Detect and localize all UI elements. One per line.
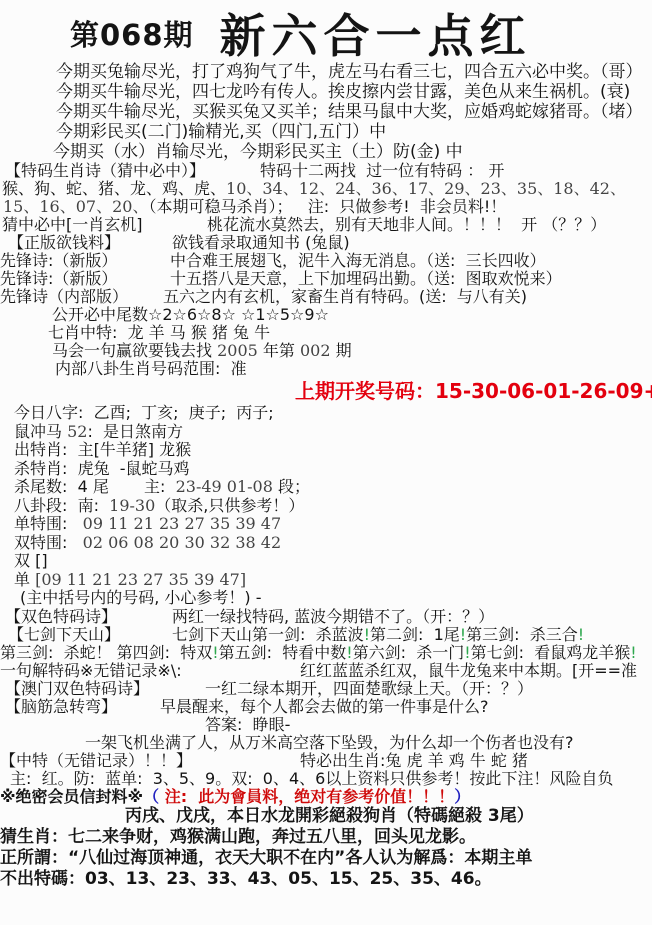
clash-line: 鼠冲马 52: 是日煞南方 bbox=[0, 423, 652, 442]
proverb-line: 正所謂：“八仙过海顶神通，衣天大职不在内”各人认为解爲：本期主单 bbox=[0, 848, 652, 869]
poem-line-3: 今期买牛输尽光，买猴买兔又买羊；结果马鼠中大奖，应婚鸡蛇嫁猪哥。（堵） bbox=[0, 102, 652, 122]
bagua-segment: 八卦段: 南: 19-30（取杀,只供参考！） bbox=[0, 497, 652, 516]
kill-zodiac: 杀特肖: 虎兔 -鼠蛇马鸡 bbox=[0, 460, 652, 479]
section-label: 先锋诗:（新版） bbox=[0, 270, 170, 288]
odd-bracket: 单 [09 11 21 23 27 35 39 47] bbox=[0, 571, 652, 590]
tail-numbers: 公开必中尾数☆2☆6☆8☆ ☆1☆5☆9☆ bbox=[0, 306, 652, 324]
section-label: 一句解特码※无错记录※\: bbox=[0, 662, 300, 680]
one-sentence-solve: 一句解特码※无错记录※\:红红蓝蓝杀红双，鼠牛龙兔来中本期。[开==准 bbox=[0, 662, 652, 680]
row-label: 杀尾数: 4 尾 bbox=[14, 478, 144, 497]
section-label: 【双色特码诗】 bbox=[5, 608, 172, 626]
two-color-poem: 【双色特码诗】两红一绿找特码, 蓝波今期错不了。（开：？） bbox=[0, 608, 652, 626]
opening-poems: 今期买兔输尽光，打了鸡狗气了牛，虎左马右看三七，四合五六必中奖。（哥） 今期买牛… bbox=[0, 62, 652, 162]
vanguard-poem-1: 先锋诗:（新版）中合难王展翅飞，泥牛入海无消息。（送: 三长四收） bbox=[0, 252, 652, 270]
poem-line-5: 今期买（水）肖输尽光，今期彩民买主（土）防(金) 中 bbox=[0, 142, 652, 162]
kill-tail: 杀尾数: 4 尾主: 23-49 01-08 段； bbox=[0, 478, 652, 497]
zodiac-number-list-2: 15、16、07、20、（本期可稳马杀肖）； 注: 只做参考! 非会员料!！ bbox=[0, 198, 652, 216]
page-title: 新六合一点红 bbox=[220, 0, 532, 66]
main-guard-line: 主: 红。防: 蓝单: 3、5、9。双: 0、4、6以上资料只供参考！按此下注！… bbox=[0, 770, 652, 788]
section-label: 【七剑下天山】 bbox=[8, 626, 172, 644]
section-label: 【脑筋急转弯】 bbox=[5, 698, 160, 716]
even-bracket: 双 [] bbox=[0, 552, 652, 571]
brain-teaser: 【脑筋急转弯】早晨醒来，每个人都会去做的第一件事是什么? bbox=[0, 698, 652, 716]
section-label: 猜中必中[一肖玄机] bbox=[2, 216, 207, 234]
one-zodiac-mystery: 猜中必中[一肖玄机]桃花流水莫然去，别有天地非人间。！！！ 开 （？？） bbox=[0, 216, 652, 234]
vanguard-poem-2: 先锋诗:（新版）十五搭八是天意，上下加埋码出勤。（送: 图取欢悦来） bbox=[0, 270, 652, 288]
section-label: 先锋诗（内部版） bbox=[0, 288, 163, 306]
poem-line-4: 今期彩民买(二门)输精光,买（四门,五门）中 bbox=[0, 122, 652, 142]
money-tip: 【正版欲钱料】欲钱看录取通知书 (兔鼠) bbox=[0, 234, 652, 252]
member-note: ※绝密会员信封料※（ 注: 此为會員料，绝对有参考价值！！！） bbox=[0, 788, 652, 806]
poem-line-2: 今期买牛输尽光，四七龙吟有传人。挨皮擦内尝甘露，美色从来生祸机。(衰) bbox=[0, 82, 652, 102]
section-label: 先锋诗:（新版） bbox=[0, 252, 170, 270]
zodiac-number-list-1: 猴、狗、蛇、猪、龙、鸡、虎、10、34、12、24、36、17、29、23、35… bbox=[0, 180, 652, 198]
seven-swords-1: 【七剑下天山】七剑下天山第一剑: 杀蓝波!第二剑: 1尾!第三剑: 杀三合! bbox=[0, 626, 652, 644]
issue-number: 第068期 bbox=[70, 13, 194, 54]
sheet-header: 第068期 新六合一点红 bbox=[0, 0, 652, 62]
guess-zodiac-line: 猜生肖：七二来争财，鸡猴满山跑，奔过五八里，回头见龙影。 bbox=[0, 827, 652, 848]
vanguard-poem-3: 先锋诗（内部版）五六之内有玄机，家畜生肖有特码。(送: 与八有关) bbox=[0, 288, 652, 306]
macau-poem: 【澳门双色特码诗】一红二绿本期开，四面楚歌绿上天。（开：？） bbox=[0, 680, 652, 698]
lower-section: 【双色特码诗】两红一绿找特码, 蓝波今期错不了。（开：？） 【七剑下天山】七剑下… bbox=[0, 608, 652, 806]
hit-special: 【中特（无错记录）！！】特必出生肖:兔 虎 羊 鸡 牛 蛇 猪 bbox=[0, 752, 652, 770]
kill-dog-line: 丙戌、戊戌，本日水龙開彩絕殺狗肖（特碼絕殺 3尾） bbox=[0, 806, 652, 827]
out-zodiac: 出特肖: 主[牛羊猪] 龙猴 bbox=[0, 441, 652, 460]
even-special-range: 双特围: 02 06 08 20 30 32 38 42 bbox=[0, 534, 652, 553]
excluded-numbers-line: 不出特碼：03、13、23、33、43、05、15、25、35、46。 bbox=[0, 869, 652, 890]
bottom-section: 丙戌、戊戌，本日水龙開彩絕殺狗肖（特碼絕殺 3尾） 猜生肖：七二来争财，鸡猴满山… bbox=[0, 806, 652, 890]
zodiac-poem-header: 【特码生肖诗（猜中必中）】特码十二两找 过一位有特码 ： 开 bbox=[0, 162, 652, 180]
horse-club-hint: 马会一句赢欲要钱去找 2005 年第 002 期 bbox=[0, 342, 652, 360]
mid-section: 【特码生肖诗（猜中必中）】特码十二两找 过一位有特码 ： 开 猴、狗、蛇、猪、龙… bbox=[0, 162, 652, 378]
last-draw-numbers: 上期开奖号码：15-30-06-01-26-09+05 bbox=[0, 378, 652, 404]
bracket-note: (主中括号内的号码, 小心参考！) - bbox=[0, 589, 652, 608]
seven-zodiac: 七肖中特: 龙 羊 马 猴 猪 兔 牛 bbox=[0, 324, 652, 342]
bagua-range: 内部八卦生肖号码范围: 准 bbox=[0, 360, 652, 378]
lottery-tip-sheet: 第068期 新六合一点红 今期买兔输尽光，打了鸡狗气了牛，虎左马右看三七，四合五… bbox=[0, 0, 652, 925]
poem-line-1: 今期买兔输尽光，打了鸡狗气了牛，虎左马右看三七，四合五六必中奖。（哥） bbox=[0, 62, 652, 82]
daily-analysis: 今日八字: 乙酉; 丁亥; 庚子; 丙子; 鼠冲马 52: 是日煞南方 出特肖:… bbox=[0, 404, 652, 608]
seven-swords-2: 第三剑: 杀蛇！ 第四剑: 特双!第五剑: 特看中数!第六剑: 杀一门!第七剑:… bbox=[0, 644, 652, 662]
section-label: 【澳门双色特码诗】 bbox=[5, 680, 205, 698]
odd-special-range: 单特围: 09 11 21 23 27 35 39 47 bbox=[0, 515, 652, 534]
bazi-line: 今日八字: 乙酉; 丁亥; 庚子; 丙子; bbox=[0, 404, 652, 423]
section-label: 【特码生肖诗（猜中必中）】 bbox=[5, 162, 260, 180]
teaser-question-2: 一架飞机坐满了人，从万米高空落下坠毁，为什么却一个伤者也没有? bbox=[0, 734, 652, 752]
teaser-answer: 答案: 睁眼- bbox=[0, 716, 652, 734]
section-label: 【正版欲钱料】 bbox=[8, 234, 172, 252]
section-label: 【中特（无错记录）！！】 bbox=[0, 752, 300, 770]
